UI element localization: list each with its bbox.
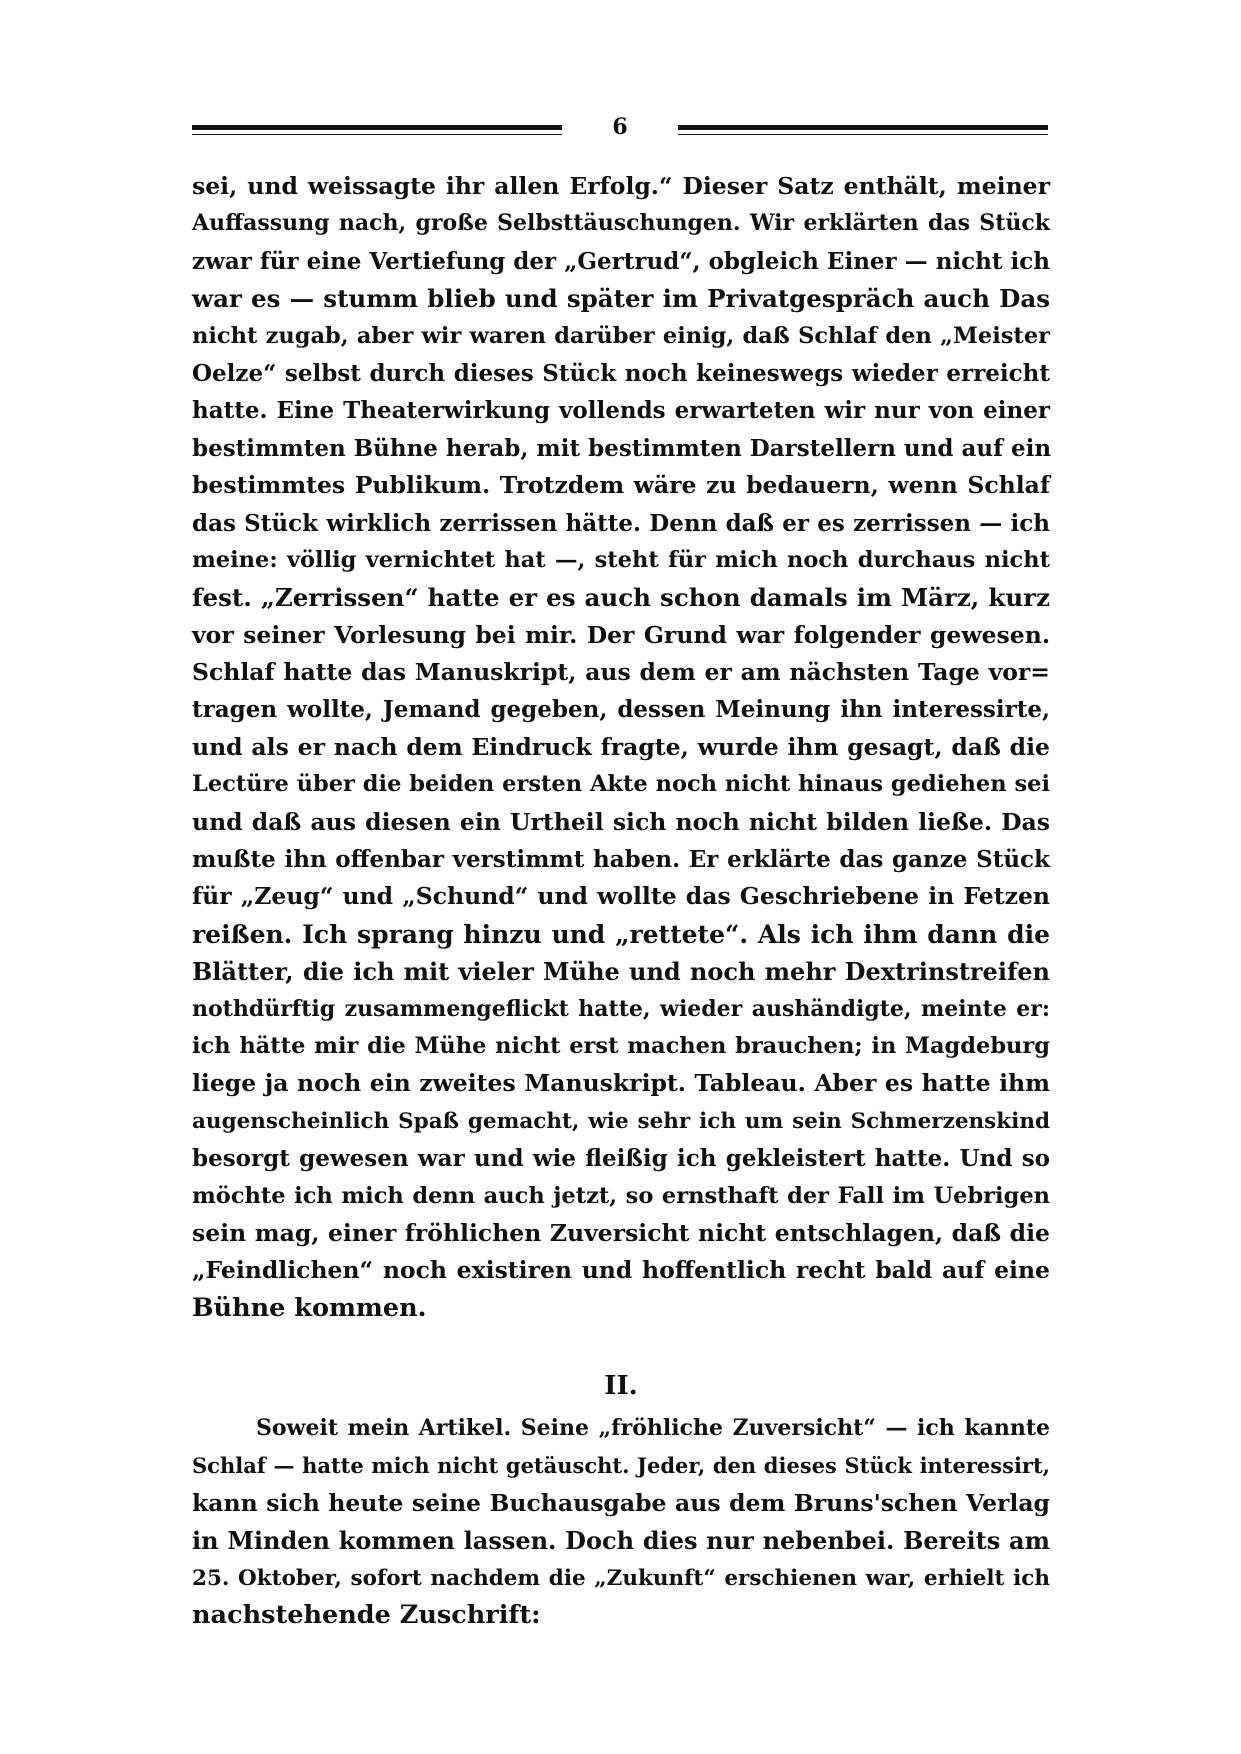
text-line: kann sich heute seine Buchausgabe aus de…: [192, 1485, 1050, 1522]
text-line: sei, und weissagte ihr allen Erfolg.“ Di…: [192, 168, 1050, 205]
text-line: augenscheinlich Spaß gemacht, wie sehr i…: [192, 1103, 1050, 1140]
section-1-text: sei, und weissagte ihr allen Erfolg.“ Di…: [192, 168, 1050, 1327]
text-line: Schlaf — hatte mich nicht getäuscht. Jed…: [192, 1447, 1050, 1484]
text-line: Oelze“ selbst durch dieses Stück noch ke…: [192, 355, 1050, 392]
text-line: reißen. Ich sprang hinzu und „rettete“. …: [192, 916, 1050, 953]
book-page: 6 sei, und weissagte ihr allen Erfolg.“ …: [0, 0, 1241, 1754]
text-line: sein mag, einer fröhlichen Zuversicht ni…: [192, 1215, 1050, 1252]
header-rule-right: [678, 125, 1048, 130]
text-line: Lectüre über die beiden ersten Akte noch…: [192, 766, 1050, 803]
text-line: Soweit mein Artikel. Seine „fröhliche Zu…: [192, 1410, 1050, 1447]
section-heading: II.: [192, 1368, 1050, 1404]
text-line: hatte. Eine Theaterwirkung vollends erwa…: [192, 392, 1050, 429]
text-line: und als er nach dem Eindruck fragte, wur…: [192, 729, 1050, 766]
text-line: fest. „Zerrissen“ hatte er es auch schon…: [192, 579, 1050, 616]
text-line: ich hätte mir die Mühe nicht erst machen…: [192, 1028, 1050, 1065]
text-line: nachstehende Zuschrift:: [192, 1597, 1050, 1634]
text-line: für „Zeug“ und „Schund“ und wollte das G…: [192, 878, 1050, 915]
text-line: nothdürftig zusammengeflickt hatte, wied…: [192, 991, 1050, 1028]
text-line: 25. Oktober, sofort nachdem die „Zukunft…: [192, 1560, 1050, 1597]
text-line: meine: völlig vernichtet hat —, steht fü…: [192, 542, 1050, 579]
header-rule-left: [192, 125, 562, 130]
section-2-text: Soweit mein Artikel. Seine „fröhliche Zu…: [192, 1410, 1050, 1634]
text-line: liege ja noch ein zweites Manuskript. Ta…: [192, 1065, 1050, 1102]
text-line: nicht zugab, aber wir waren darüber eini…: [192, 318, 1050, 355]
text-line: „Feindlichen“ noch existiren und hoffent…: [192, 1252, 1050, 1289]
text-line: Bühne kommen.: [192, 1290, 1050, 1327]
page-number: 6: [562, 112, 678, 142]
text-line: mußte ihn offenbar verstimmt haben. Er e…: [192, 841, 1050, 878]
text-line: in Minden kommen lassen. Doch dies nur n…: [192, 1522, 1050, 1559]
text-line: bestimmten Bühne herab, mit bestimmten D…: [192, 430, 1050, 467]
text-line: möchte ich mich denn auch jetzt, so erns…: [192, 1178, 1050, 1215]
text-line: und daß aus diesen ein Urtheil sich noch…: [192, 804, 1050, 841]
text-line: zwar für eine Vertiefung der „Gertrud“, …: [192, 243, 1050, 280]
text-line: vor seiner Vorlesung bei mir. Der Grund …: [192, 617, 1050, 654]
text-line: Schlaf hatte das Manuskript, aus dem er …: [192, 654, 1050, 691]
page-header: 6: [192, 112, 1048, 142]
text-line: Blätter, die ich mit vieler Mühe und noc…: [192, 953, 1050, 990]
text-line: tragen wollte, Jemand gegeben, dessen Me…: [192, 691, 1050, 728]
text-line: besorgt gewesen war und wie fleißig ich …: [192, 1140, 1050, 1177]
text-line: bestimmtes Publikum. Trotzdem wäre zu be…: [192, 467, 1050, 504]
text-line: das Stück wirklich zerrissen hätte. Denn…: [192, 505, 1050, 542]
text-line: Auffassung nach, große Selbsttäuschungen…: [192, 205, 1050, 242]
text-line: war es — stumm blieb und später im Priva…: [192, 280, 1050, 317]
